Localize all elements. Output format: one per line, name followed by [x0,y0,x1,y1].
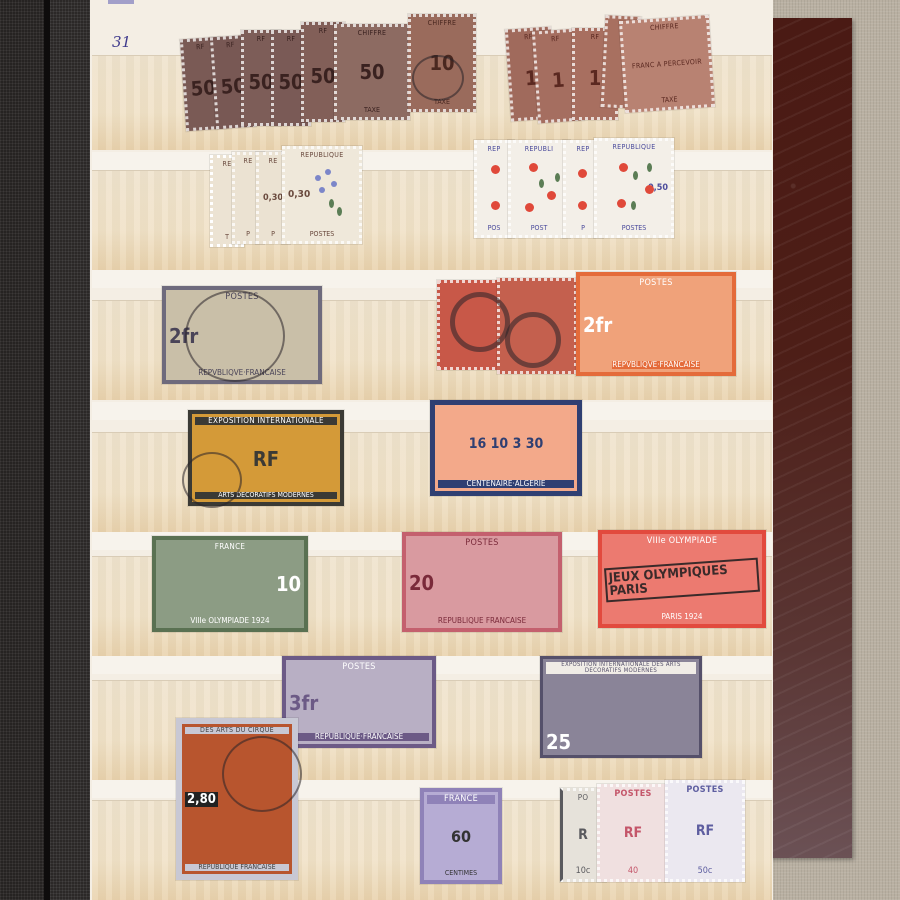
stamp-olympiade-25c-red[interactable]: VIIIe OLYMPIADE JEUX OLYMPIQUES PARIS PA… [598,530,766,628]
stamp-merson-20-pink[interactable]: POSTES 20 REPUBLIQUE FRANCAISE [402,532,562,632]
postmark [185,290,285,382]
stamp-middle-label: RF [696,824,714,838]
stamp-taxe-flowers-030[interactable]: REPUBLIQUE 0,30 POSTES [282,146,362,244]
postmark-jeux-olympiques: JEUX OLYMPIQUES PARIS [604,557,760,602]
stamp-top-label: CHIFFRE [358,30,387,37]
stamp-subtitle: CENTIMES [445,870,477,877]
stamp-chaines-brisees-50c[interactable]: POSTES RF 50c [665,780,745,882]
album-spine-front [50,0,92,900]
stamp-bottom-label: TAXE [364,107,380,114]
stamp-bottom-label: TAXE [661,96,677,104]
postmark [505,312,561,368]
stamp-bottom-label: POSTES [622,225,647,232]
stamp-value: 40 [628,867,638,876]
stamp-label: RF [257,36,266,43]
postmark [182,452,242,508]
stamp-bottom-label: REPVBLIQVE·FRANCAISE [612,361,700,369]
stamp-value: 0,30 [263,194,283,203]
stamp-top-label: REPUBLIQUE [301,152,344,159]
stamp-merson-3fr-violet[interactable]: POSTES 3fr REPUBLIQUE·FRANCAISE [282,656,436,748]
stamp-value: 3fr [289,693,318,713]
ink-mark [108,0,134,4]
stamp-bottom-label: POSTES [310,231,335,238]
stamp-value: 2,80 [185,792,218,807]
stamp-value: 50c [698,867,713,876]
stamp-chiffre-taxe-50-f[interactable]: CHIFFRE50TAXE [334,24,410,120]
stamp-chaines-brisees-40c[interactable]: POSTES RF 40 [597,784,669,882]
stamp-top-label: FRANCE [427,795,495,804]
stamp-label: RF [319,28,328,35]
stamp-value: 50 [310,66,335,86]
stamp-value: 10c [576,867,591,876]
stamp-exposition-25c[interactable]: EXPOSITION INTERNATIONALE DES ARTS DECOR… [540,656,702,758]
stamp-value: 20 [409,573,434,593]
stamp-top-label: POSTES [639,279,672,288]
stamp-bottom-label: REPUBLIQUE·FRANCAISE [289,733,429,741]
stamp-middle-label: RF [253,449,279,469]
leather-cover [768,18,852,858]
page-number-note: 31 [112,33,131,51]
stamp-label: RF [226,42,235,50]
stamp-chiffre-taxe-1f-e[interactable]: CHIFFREFRANC A PERCEVOIRTAXE [619,15,715,113]
stamp-value: 2fr [583,315,612,335]
stamp-taxe-flowers-050-b[interactable]: REPUBLI POST [508,140,570,238]
stamp-value: 25 [546,732,571,752]
stamp-top-label: FRANCE [215,543,246,551]
stamp-top-label: VIIIe OLYMPIADE [647,537,718,546]
stamp-merson-2fr-orange[interactable]: POSTES 2fr REPVBLIQVE·FRANCAISE [576,272,736,376]
stamp-top-label: REPUBLIQUE [613,144,656,151]
stamp-bottom-label: CENTENAIRE·ALGERIE [438,480,574,488]
stamp-value: 50 [248,72,273,92]
stamp-value: 60 [451,829,471,845]
stamp-bottom-label: REPUBLIQUE FRANCAISE [438,617,526,625]
stamp-top-label: EXPOSITION INTERNATIONALE DES ARTS DECOR… [546,662,696,674]
stamp-subtitle: FRANC A PERCEVOIR [632,58,702,70]
stamp-top-label: CHIFFRE [650,23,679,32]
stamp-label: RF [196,44,205,52]
stamp-value: 0,30 [288,190,310,200]
stamp-top-label: POSTES [614,790,651,799]
stamp-value: 50 [359,62,384,82]
stamp-value: 50 [278,72,303,92]
stamp-value: 1 [551,69,565,90]
stamp-value: 10 [276,574,301,594]
postmark [450,292,510,352]
stamp-value: 1 [589,68,602,88]
stamp-arc-de-triomphe-60c[interactable]: FRANCE 60 CENTIMES [420,788,502,884]
postmark-date: 16 10 3 30 [469,437,544,451]
postmark [222,736,302,812]
stamp-centenaire-algerie-50c[interactable]: 16 10 3 30 CENTENAIRE·ALGERIE [430,400,582,496]
stamp-bottom-label: PARIS 1924 [661,613,702,621]
stamp-bottom-label: REPUBLIQUE FRANCAISE [185,864,289,871]
postmark [412,55,464,101]
stamp-top-label: POSTES [686,786,723,795]
stamp-olympiade-10c-green[interactable]: FRANCE 10 VIIIe OLYMPIADE 1924 [152,536,308,632]
stamp-top-label: POSTES [465,539,498,548]
stamp-top-label: EXPOSITION INTERNATIONALE [195,417,337,425]
stamp-top-label: DES ARTS DU CIRQUE [185,727,289,734]
stamp-label: RF [287,36,296,43]
stamp-taxe-flowers-050[interactable]: REPUBLIQUE 0,50 POSTES [594,138,674,238]
stamp-top-label: CHIFFRE [428,20,457,27]
album-spine-back [0,0,48,900]
stamp-middle-label: RF [624,826,642,840]
stamp-top-label: POSTES [342,663,375,672]
stamp-bottom-label: VIIIe OLYMPIADE 1924 [190,617,269,625]
